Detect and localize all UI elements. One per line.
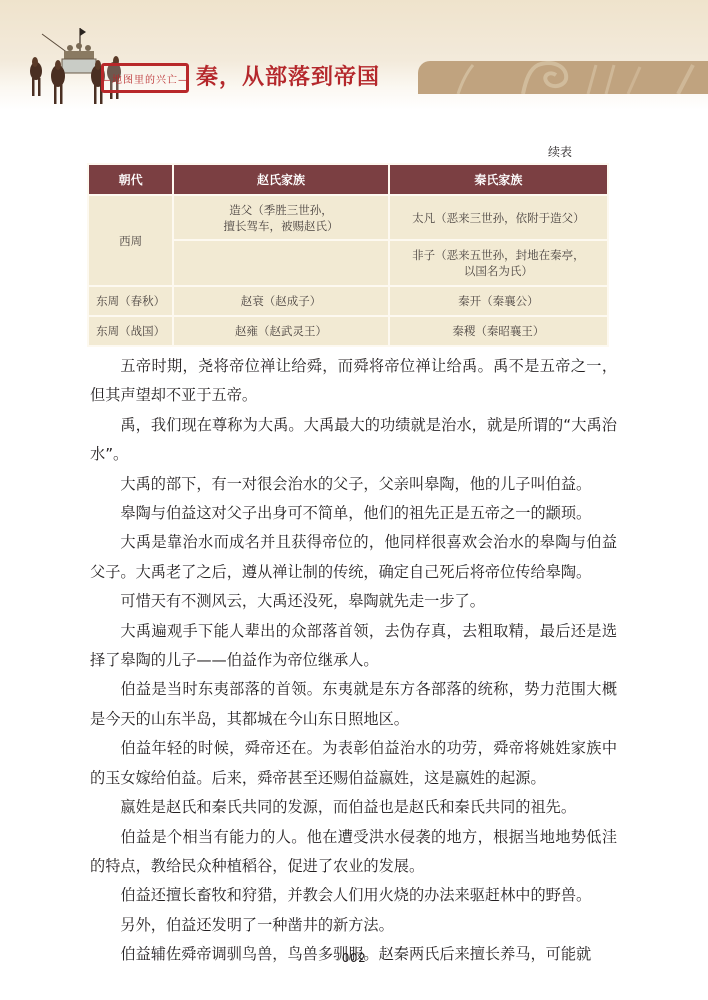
dynasty-cell: 西周 xyxy=(88,195,173,286)
paragraph: 大禹遍观手下能人辈出的众部落首领，去伪存真，去粗取精，最后还是选择了皋陶的儿子—… xyxy=(90,617,617,676)
qin-cell: 秦稷（秦昭襄王） xyxy=(389,316,608,346)
zhao-cell: 造父（季胜三世孙， 擅长驾车，被赐赵氏） xyxy=(173,195,388,240)
zhao-cell-line: 擅长驾车，被赐赵氏） xyxy=(180,218,381,234)
qin-cell: 非子（恶来五世孙，封地在秦亭， 以国名为氏） xyxy=(389,240,608,286)
paragraph: 五帝时期，尧将帝位禅让给舜，而舜将帝位禅让给禹。禹不是五帝之一，但其声望却不亚于… xyxy=(90,352,617,411)
column-header-qin-clan: 秦氏家族 xyxy=(389,164,608,195)
column-header-dynasty: 朝代 xyxy=(88,164,173,195)
table-header-row: 朝代 赵氏家族 秦氏家族 xyxy=(88,164,608,195)
cloud-pattern-icon xyxy=(418,61,708,94)
paragraph: 伯益还擅长畜牧和狩猎，并教会人们用火烧的办法来驱赶林中的野兽。 xyxy=(90,881,617,910)
zhao-cell-line: 造父（季胜三世孙， xyxy=(180,202,381,218)
zhao-cell: 赵雍（赵武灵王） xyxy=(173,316,388,346)
paragraph: 大禹的部下，有一对很会治水的父子，父亲叫皋陶，他的儿子叫伯益。 xyxy=(90,470,617,499)
paragraph: 大禹是靠治水而成名并且获得帝位的，他同样很喜欢会治水的皋陶与伯益父子。大禹老了之… xyxy=(90,528,617,587)
table-row: 西周 造父（季胜三世孙， 擅长驾车，被赐赵氏） 太凡（恶来三世孙，依附于造父） xyxy=(88,195,608,240)
body-text: 五帝时期，尧将帝位禅让给舜，而舜将帝位禅让给禹。禹不是五帝之一，但其声望却不亚于… xyxy=(90,352,617,970)
paragraph: 皋陶与伯益这对父子出身可不简单，他们的祖先正是五帝之一的颛顼。 xyxy=(90,499,617,528)
lineage-table: 朝代 赵氏家族 秦氏家族 西周 造父（季胜三世孙， 擅长驾车，被赐赵氏） 太凡（… xyxy=(87,163,609,347)
column-header-zhao-clan: 赵氏家族 xyxy=(173,164,388,195)
qin-cell-line: 非子（恶来五世孙，封地在秦亭， xyxy=(396,247,601,263)
zhao-cell: 赵衰（赵成子） xyxy=(173,286,388,316)
zhao-cell-empty xyxy=(173,240,388,286)
chapter-title: 秦，从部落到帝国 xyxy=(196,60,380,91)
paragraph: 伯益是个相当有能力的人。他在遭受洪水侵袭的地方，根据当地地势低洼的特点，教给民众… xyxy=(90,823,617,882)
dynasty-cell: 东周（战国） xyxy=(88,316,173,346)
table-row: 东周（春秋） 赵衰（赵成子） 秦开（秦襄公） xyxy=(88,286,608,316)
paragraph: 伯益是当时东夷部落的首领。东夷就是东方各部落的统称，势力范围大概是今天的山东半岛… xyxy=(90,675,617,734)
series-stamp: —地图里的兴亡— xyxy=(101,63,189,93)
dynasty-cell: 东周（春秋） xyxy=(88,286,173,316)
page-header: —地图里的兴亡— 秦，从部落到帝国 xyxy=(0,0,708,110)
qin-cell: 太凡（恶来三世孙，依附于造父） xyxy=(389,195,608,240)
paragraph: 另外，伯益还发明了一种凿井的新方法。 xyxy=(90,911,617,940)
series-stamp-text: —地图里的兴亡— xyxy=(101,71,189,86)
paragraph: 禹，我们现在尊称为大禹。大禹最大的功绩就是治水，就是所谓的“大禹治水”。 xyxy=(90,411,617,470)
decorative-banner xyxy=(418,61,708,94)
paragraph: 嬴姓是赵氏和秦氏共同的发源，而伯益也是赵氏和秦氏共同的祖先。 xyxy=(90,793,617,822)
paragraph: 可惜天有不测风云，大禹还没死，皋陶就先走一步了。 xyxy=(90,587,617,616)
paragraph: 伯益年轻的时候，舜帝还在。为表彰伯益治水的功劳，舜帝将姚姓家族中的玉女嫁给伯益。… xyxy=(90,734,617,793)
continued-table-label: 续表 xyxy=(548,143,572,160)
qin-cell-line: 以国名为氏） xyxy=(396,263,601,279)
qin-cell: 秦开（秦襄公） xyxy=(389,286,608,316)
page-number: 002 xyxy=(0,951,708,965)
table-row: 东周（战国） 赵雍（赵武灵王） 秦稷（秦昭襄王） xyxy=(88,316,608,346)
